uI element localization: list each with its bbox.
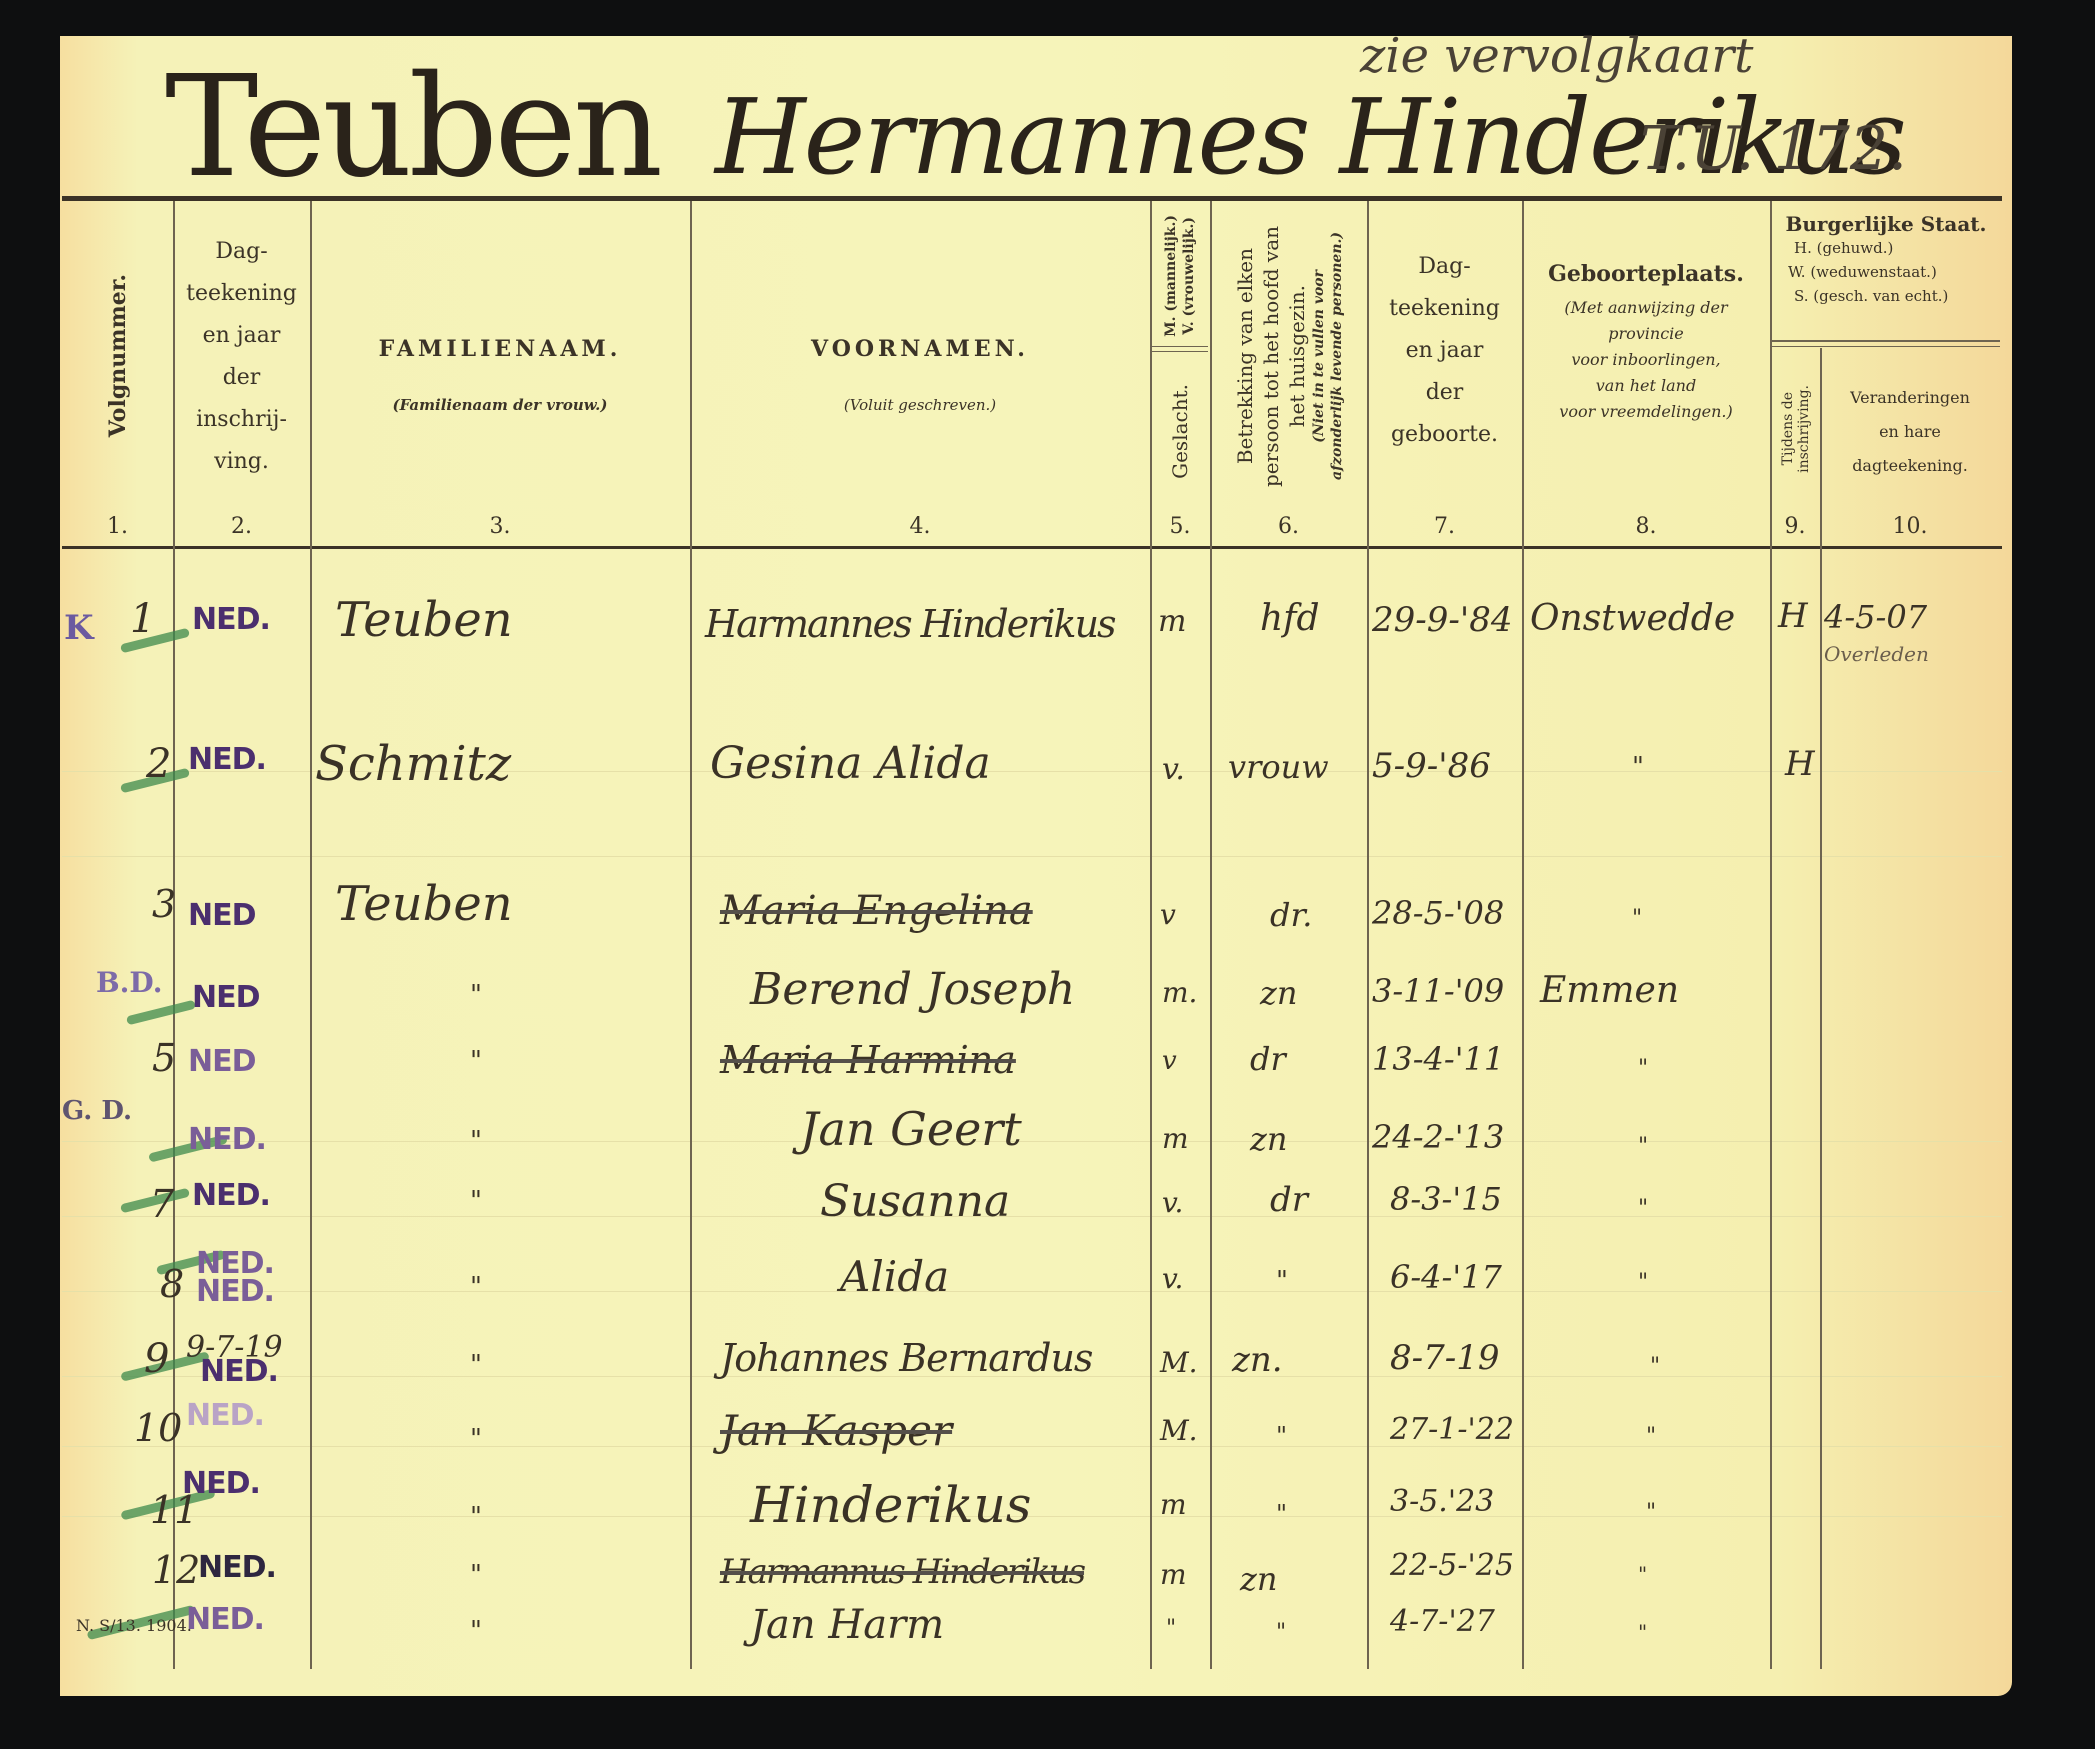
nationality-stamp: NED [188, 1044, 256, 1079]
betrekking: zn [1250, 1120, 1287, 1158]
geslacht: v [1162, 1046, 1177, 1076]
voornamen: Hinderikus [750, 1476, 1031, 1534]
betrekking: " [1276, 1266, 1288, 1296]
familienaam: " [470, 1502, 482, 1532]
betrekking: dr [1270, 1180, 1308, 1220]
row-number: 9 [144, 1336, 169, 1382]
nationality-stamp-double: NED. NED. [196, 1250, 256, 1306]
familienaam: " [470, 1616, 482, 1646]
geboorteplaats: " [1638, 1562, 1647, 1586]
betrekking: zn [1240, 1560, 1277, 1598]
geboorteplaats: " [1632, 752, 1644, 782]
nationality-stamp: NED. [192, 1178, 270, 1213]
row-number: 12 [152, 1548, 200, 1592]
population-register-card: Teuben Hermannes Hinderikus T.U. 172. zi… [60, 36, 2012, 1696]
geboorteplaats: " [1638, 1270, 1648, 1295]
header-col-8: Geboorteplaats. (Met aanwijzing der prov… [1522, 261, 1770, 425]
header-col-3: FAMILIENAAM. (Familienaam der vrouw.) [310, 336, 690, 414]
header-col-5: Geslacht. [1152, 356, 1208, 506]
geboorteplaats: " [1646, 1424, 1656, 1449]
betrekking: " [1276, 1500, 1287, 1528]
voornamen: Berend Joseph [750, 964, 1075, 1015]
voornamen-struck: Harmannus Hinderikus [720, 1552, 1084, 1592]
column-number: 3. [310, 514, 690, 539]
column-number: 2. [173, 514, 310, 539]
geboortedatum: 4-7-'27 [1390, 1604, 1495, 1639]
geboortedatum: 29-9-'84 [1372, 600, 1512, 640]
geslacht: m [1160, 1558, 1187, 1591]
staat-divider-2 [1770, 346, 2000, 347]
geboorteplaats: " [1646, 1500, 1656, 1525]
geslacht: m [1162, 1122, 1189, 1155]
familienaam: " [470, 1046, 482, 1076]
veranderingen: 4-5-07 [1824, 598, 1927, 636]
header-col-10: Veranderingen en hare dagteekening. [1820, 381, 2000, 483]
geslacht: v. [1162, 1262, 1183, 1295]
geboortedatum: 3-5.'23 [1390, 1484, 1494, 1519]
row-number: 1 [130, 596, 155, 642]
header-col-9: Tijdens de inschrijving. [1772, 354, 1820, 504]
header-col-2: Dag- teekening en jaar der inschrij- vin… [173, 231, 310, 483]
familienaam: Teuben [335, 592, 513, 648]
betrekking: zn. [1232, 1340, 1283, 1380]
geboorteplaats: " [1638, 1056, 1648, 1081]
nationality-stamp: NED. [188, 742, 266, 777]
geboorteplaats: Emmen [1540, 970, 1679, 1011]
geslacht: v [1160, 898, 1176, 931]
geboortedatum: 24-2-'13 [1372, 1118, 1504, 1156]
betrekking: " [1276, 1620, 1286, 1645]
familienaam: " [470, 1560, 482, 1590]
voornamen-struck: Maria Harmina [720, 1038, 1016, 1082]
column-number: 4. [690, 514, 1150, 539]
voornamen: Harmannes Hinderikus [705, 602, 1115, 646]
column-number: 5. [1150, 514, 1210, 539]
column-line [310, 201, 312, 1669]
column-line [690, 201, 692, 1669]
voornamen: Gesina Alida [710, 738, 991, 789]
voornamen: Johannes Bernardus [720, 1336, 1092, 1380]
ruled-line [62, 1141, 2002, 1142]
voornamen: Jan Harm [750, 1602, 944, 1648]
geboorteplaats: " [1650, 1354, 1660, 1379]
ruled-line [62, 1291, 2002, 1292]
column-number: 8. [1522, 514, 1770, 539]
nationality-stamp: NED [192, 980, 260, 1015]
geboorteplaats: " [1638, 1196, 1648, 1221]
geboorteplaats: " [1632, 906, 1642, 931]
header-col-7: Dag- teekening en jaar der geboorte. [1367, 246, 1522, 456]
geboortedatum: 8-3-'15 [1390, 1180, 1502, 1218]
geboortedatum: 22-5-'25 [1390, 1548, 1514, 1583]
geboorteplaats: Onstwedde [1530, 598, 1735, 639]
geboortedatum: 6-4-'17 [1390, 1258, 1502, 1296]
ruled-line [62, 1446, 2002, 1447]
column-line [1820, 348, 1822, 1669]
familienaam: " [470, 1350, 482, 1380]
header-col-6: Betrekking van elken persoon tot het hoo… [1210, 206, 1367, 506]
familienaam: " [470, 1424, 482, 1454]
card-surname-title: Teuben [165, 46, 659, 209]
betrekking: dr. [1270, 896, 1312, 934]
form-code: N. S/13. 1904. [76, 1616, 192, 1635]
geboortedatum: 5-9-'86 [1372, 746, 1491, 786]
row-marker: K [64, 608, 94, 648]
nationality-stamp: NED. [186, 1398, 264, 1433]
familienaam: " [470, 980, 482, 1010]
geboortedatum: 3-11-'09 [1372, 972, 1504, 1010]
geboorteplaats: " [1638, 1134, 1648, 1159]
green-check-mark [126, 1000, 196, 1026]
voornamen: Susanna [820, 1176, 1010, 1227]
header-col-4: VOORNAMEN. (Voluit geschreven.) [690, 336, 1150, 414]
row-number: 7 [150, 1182, 174, 1226]
header-bottom-rule [62, 546, 2002, 549]
nationality-stamp: NED. [182, 1466, 260, 1501]
betrekking: hfd [1260, 598, 1320, 639]
betrekking: " [1276, 1422, 1287, 1450]
geslacht: m. [1162, 976, 1197, 1009]
column-number: 10. [1820, 514, 2000, 539]
geboorteplaats: " [1638, 1620, 1647, 1644]
column-number: 9. [1770, 514, 1820, 539]
betrekking: vrouw [1228, 748, 1329, 786]
geboortedatum: 28-5-'08 [1372, 894, 1504, 932]
nationality-stamp: NED. [192, 602, 270, 637]
row-marker: G. D. [62, 1096, 132, 1126]
familienaam: Teuben [335, 876, 513, 932]
voornamen-struck: Maria Engelina [720, 888, 1033, 934]
ruled-line [62, 856, 2002, 857]
geslacht: m [1160, 1488, 1187, 1521]
card-reference: T.U. 172. [1640, 114, 1907, 184]
geboortedatum: 13-4-'11 [1372, 1040, 1504, 1078]
geboortedatum: 8-7-19 [1390, 1338, 1500, 1378]
voornamen: Jan Geert [800, 1102, 1022, 1156]
familienaam: Schmitz [315, 736, 511, 792]
familienaam: " [470, 1126, 482, 1156]
geslacht: " [1166, 1616, 1176, 1641]
familienaam: " [470, 1272, 482, 1302]
column-number: 6. [1210, 514, 1367, 539]
geslacht-divider-2 [1152, 351, 1208, 352]
nationality-stamp: NED. [188, 1122, 266, 1157]
geslacht: M. [1160, 1346, 1198, 1379]
stamp-date-note: 9-7-19 [186, 1330, 283, 1365]
header-col-5-sex-codes: M. (mannelijk.) V. (vrouwelijk.) [1152, 206, 1208, 346]
burgerlijke-staat: H [1785, 744, 1815, 784]
nationality-stamp: NED. [198, 1550, 276, 1585]
geslacht: m [1158, 604, 1186, 639]
header-top-rule [62, 196, 2002, 201]
ruled-line [62, 1516, 2002, 1517]
row-number: 8 [160, 1262, 184, 1306]
row-number: 10 [134, 1406, 182, 1450]
column-number: 1. [62, 514, 173, 539]
betrekking: zn [1260, 974, 1297, 1012]
veranderingen-note: Overleden [1824, 642, 1929, 666]
betrekking: dr [1250, 1040, 1286, 1078]
card-top-note: zie vervolgkaart [1360, 28, 1753, 84]
column-number: 7. [1367, 514, 1522, 539]
voornamen: Alida [840, 1252, 949, 1301]
nationality-stamp: NED. [186, 1602, 264, 1637]
nationality-stamp: NED [188, 898, 256, 933]
geslacht: v. [1162, 752, 1185, 787]
geboortedatum: 27-1-'22 [1390, 1412, 1514, 1447]
row-number: 3 [152, 882, 176, 926]
familienaam: " [470, 1186, 482, 1216]
row-number: 2 [146, 741, 171, 787]
burgerlijke-staat: H [1778, 596, 1808, 636]
geslacht-divider [1152, 346, 1208, 347]
geslacht: v. [1162, 1186, 1183, 1219]
geslacht: M. [1160, 1414, 1198, 1447]
header-col-1: Volgnummer. [62, 206, 173, 506]
staat-divider [1770, 340, 2000, 342]
header-burgerlijke-staat: Burgerlijke Staat. H. (gehuwd.) W. (wedu… [1772, 212, 2000, 308]
voornamen-struck: Jan Kasper [720, 1406, 952, 1455]
row-marker: B.D. [96, 966, 162, 999]
row-number: 5 [152, 1036, 176, 1080]
ruled-line [62, 1216, 2002, 1217]
